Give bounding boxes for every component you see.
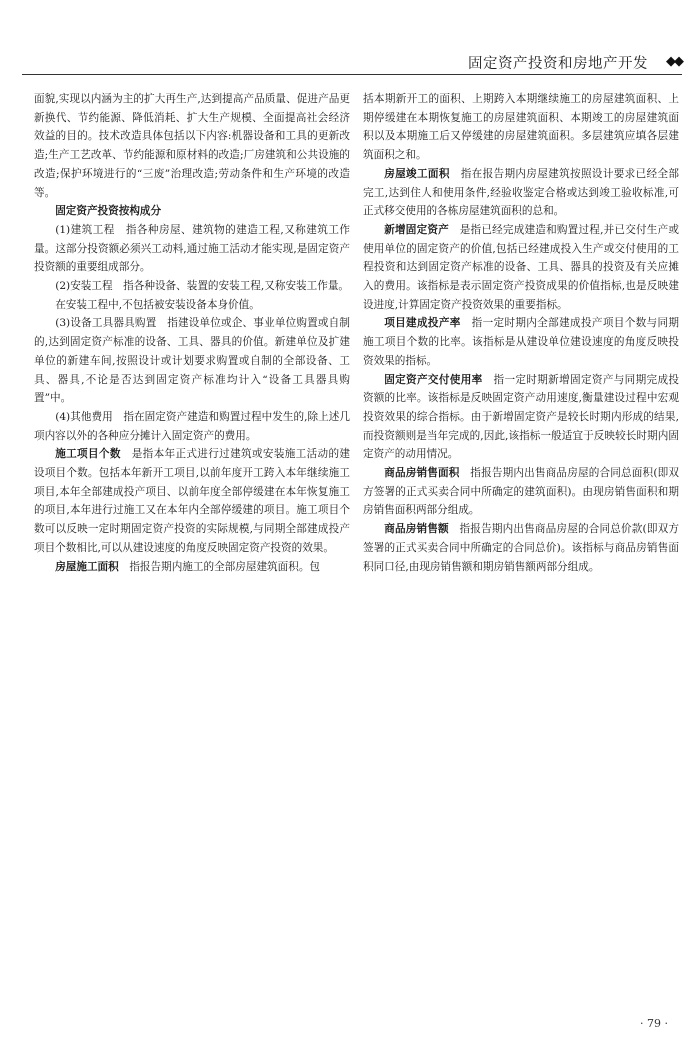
term: 房屋施工面积 xyxy=(55,561,119,573)
term: 房屋竣工面积 xyxy=(384,168,450,180)
definition-sales-amount: 商品房销售额 指报告期内出售商品房屋的合同总价款(即双方签署的正式买卖合同中所确… xyxy=(363,520,679,576)
term: 商品房销售面积 xyxy=(384,467,459,479)
term: 新增固定资产 xyxy=(384,224,449,236)
section-heading: 固定资产投资按构成分 xyxy=(34,202,350,221)
definition-delivery-rate: 固定资产交付使用率 指一定时期新增固定资产与同期完成投资额的比率。该指标是反映固… xyxy=(363,371,679,465)
right-column: 括本期新开工的面积、上期跨入本期继续施工的房屋建筑面积、上期停缓建在本期恢复施工… xyxy=(363,90,679,576)
term: (2)安装工程 xyxy=(55,280,112,292)
definition-completion-rate: 项目建成投产率 指一定时期内全部建成投产项目个数与同期施工项目个数的比率。该指标… xyxy=(363,314,679,370)
term: 项目建成投产率 xyxy=(384,317,461,329)
definition-construction-area: 房屋施工面积 指报告期内施工的全部房屋建筑面积。包 xyxy=(34,558,350,577)
item-construction: (1)建筑工程 指各种房屋、建筑物的建造工程,又称建筑工作量。这部分投资额必须兴… xyxy=(34,221,350,277)
page-number: · 79 · xyxy=(640,1017,668,1030)
term: 固定资产交付使用率 xyxy=(384,374,482,386)
term: 商品房销售额 xyxy=(384,523,449,535)
definition-sales-area: 商品房销售面积 指报告期内出售商品房屋的合同总面积(即双方签署的正式买卖合同中所… xyxy=(363,464,679,520)
term: (4)其他费用 xyxy=(55,411,113,423)
term: 施工项目个数 xyxy=(55,448,121,460)
section-title: 固定资产投资和房地产开发 xyxy=(468,52,648,73)
definition-new-fixed-assets: 新增固定资产 是指已经完成建造和购置过程,并已交付生产或使用单位的固定资产的价值… xyxy=(363,221,679,315)
paragraph-continued: 面貌,实现以内涵为主的扩大再生产,达到提高产品质量、促进产品更新换代、节约能源、… xyxy=(34,90,350,202)
definition-project-count: 施工项目个数 是指本年正式进行过建筑或安装施工活动的建设项目个数。包括本年新开工… xyxy=(34,445,350,557)
term: (3)设备工具器具购置 xyxy=(55,317,156,329)
item-equipment: (3)设备工具器具购置 指建设单位或企、事业单位购置或自制的,达到固定资产标准的… xyxy=(34,314,350,408)
item-other-costs: (4)其他费用 指在固定资产建造和购置过程中发生的,除上述几项内容以外的各种应分… xyxy=(34,408,350,445)
paragraph-continued: 括本期新开工的面积、上期跨入本期继续施工的房屋建筑面积、上期停缓建在本期恢复施工… xyxy=(363,90,679,165)
running-header: 固定资产投资和房地产开发 ◆◆ xyxy=(22,52,682,75)
installation-note: 在安装工程中,不包括被安装设备本身价值。 xyxy=(34,296,350,315)
item-installation: (2)安装工程 指各种设备、装置的安装工程,又称安装工作量。 xyxy=(34,277,350,296)
term: (1)建筑工程 xyxy=(55,224,115,236)
left-column: 面貌,实现以内涵为主的扩大再生产,达到提高产品质量、促进产品更新换代、节约能源、… xyxy=(34,90,350,576)
diamond-ornament-icon: ◆◆ xyxy=(666,54,682,69)
definition-completed-area: 房屋竣工面积 指在报告期内房屋建筑按照设计要求已经全部完工,达到住人和使用条件,… xyxy=(363,165,679,221)
